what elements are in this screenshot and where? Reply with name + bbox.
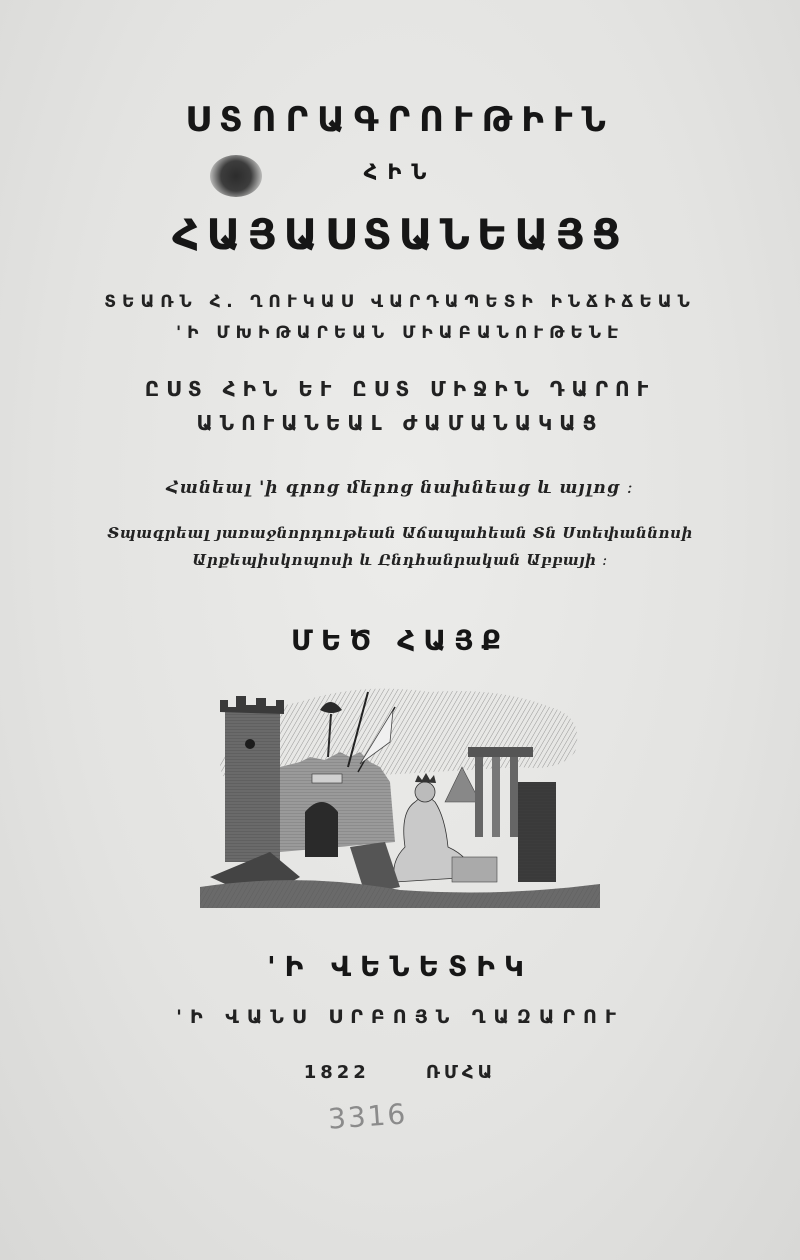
subtitle-line-2: ԱՆՈՒԱՆԵԱԼ ԺԱՄԱՆԱԿԱՑ (0, 411, 800, 435)
subtitle-line-1: ԸՍՏ ՀԻՆ ԵՒ ԸՍՏ ՄԻՋԻՆ ԴԱՐՈՒ (0, 377, 800, 401)
title-page: ՍՏՈՐԱԳՐՈՒԹԻՒՆ ՀԻՆ ՀԱՅԱՍՏԱՆԵԱՅՑ ՏԵԱՌՆ Հ․ … (0, 0, 800, 1260)
imprint-line-2: Արքեպիսկոպոսի և Ընդհանրական Աբբայի ։ (0, 551, 800, 569)
handwritten-shelf-number: 3316 (327, 1097, 408, 1135)
title-line-2: ՀԻՆ (0, 160, 800, 184)
ruins-engraving-illustration (200, 672, 600, 908)
year-arabic: 1822 (304, 1062, 370, 1083)
place-line-2: 'Ի ՎԱՆՍ ՍՐԲՈՅՆ ՂԱԶԱՐՈՒ (0, 1006, 800, 1028)
place-line-1: 'Ի ՎԵՆԵՏԻԿ (0, 950, 800, 983)
title-line-1: ՍՏՈՐԱԳՐՈՒԹԻՒՆ (0, 100, 800, 140)
volume-title: ՄԵԾ ՀԱՅՔ (0, 624, 800, 657)
author-line-1: ՏԵԱՌՆ Հ․ ՂՈՒԿԱՍ ՎԱՐԴԱՊԵՏԻ ԻՆՃԻՃԵԱՆ (0, 292, 800, 312)
year-armenian: ՌՄՀԱ (426, 1062, 496, 1083)
author-line-2: 'Ի ՄԽԻԹԱՐԵԱՆ ՄԻԱԲԱՆՈՒԹԵՆԷ (0, 323, 800, 343)
publication-year: 1822ՌՄՀԱ (0, 1062, 800, 1083)
title-line-3: ՀԱՅԱՍՏԱՆԵԱՅՑ (0, 210, 800, 259)
imprint-line-1: Տպագրեալ յառաջնորդութեան Աճապահեան Տն Ստ… (0, 524, 800, 542)
source-note: Հանեալ 'ի գրոց մերոց նախնեաց և այլոց ։ (0, 478, 800, 498)
